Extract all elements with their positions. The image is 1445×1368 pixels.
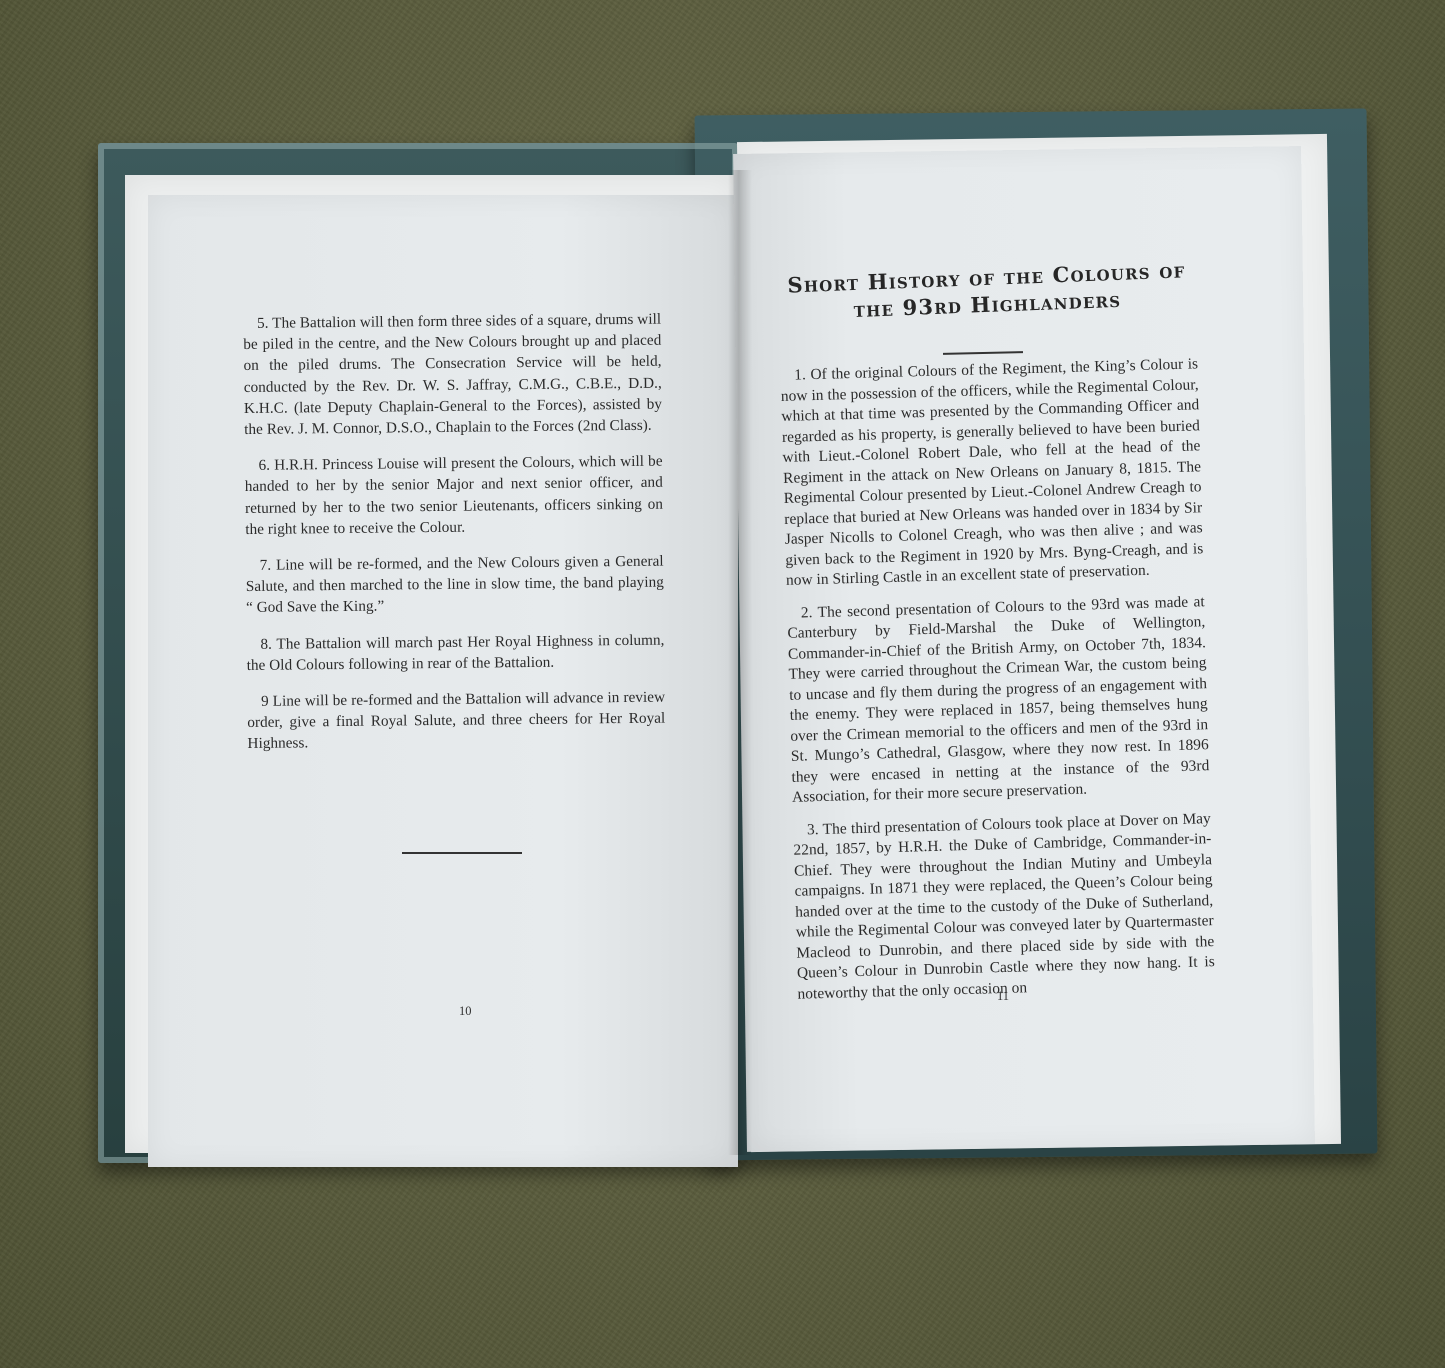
- paragraph-9: 9 Line will be re-formed and the Battali…: [247, 687, 666, 755]
- left-page-text: 5. The Battalion will then form three si…: [243, 309, 666, 770]
- page-number-right: 11: [997, 989, 1009, 1004]
- paragraph-8: 8. The Battalion will march past Her Roy…: [246, 629, 664, 676]
- section-divider-left: [402, 852, 522, 854]
- page-number-left: 10: [459, 1004, 472, 1019]
- book-gutter: [728, 170, 752, 1155]
- right-page-text: 1. Of the original Colours of the Regime…: [780, 354, 1216, 1016]
- history-paragraph-3: 3. The third presentation of Colours too…: [793, 809, 1216, 1005]
- history-paragraph-2: 2. The second presentation of Colours to…: [787, 592, 1211, 809]
- paragraph-7: 7. Line will be re-formed, and the New C…: [246, 551, 665, 619]
- paragraph-6: 6. H.R.H. Princess Louise will present t…: [244, 451, 663, 540]
- paragraph-5: 5. The Battalion will then form three si…: [243, 309, 662, 441]
- history-paragraph-1: 1. Of the original Colours of the Regime…: [780, 354, 1204, 591]
- open-booklet: 5. The Battalion will then form three si…: [0, 0, 1445, 1368]
